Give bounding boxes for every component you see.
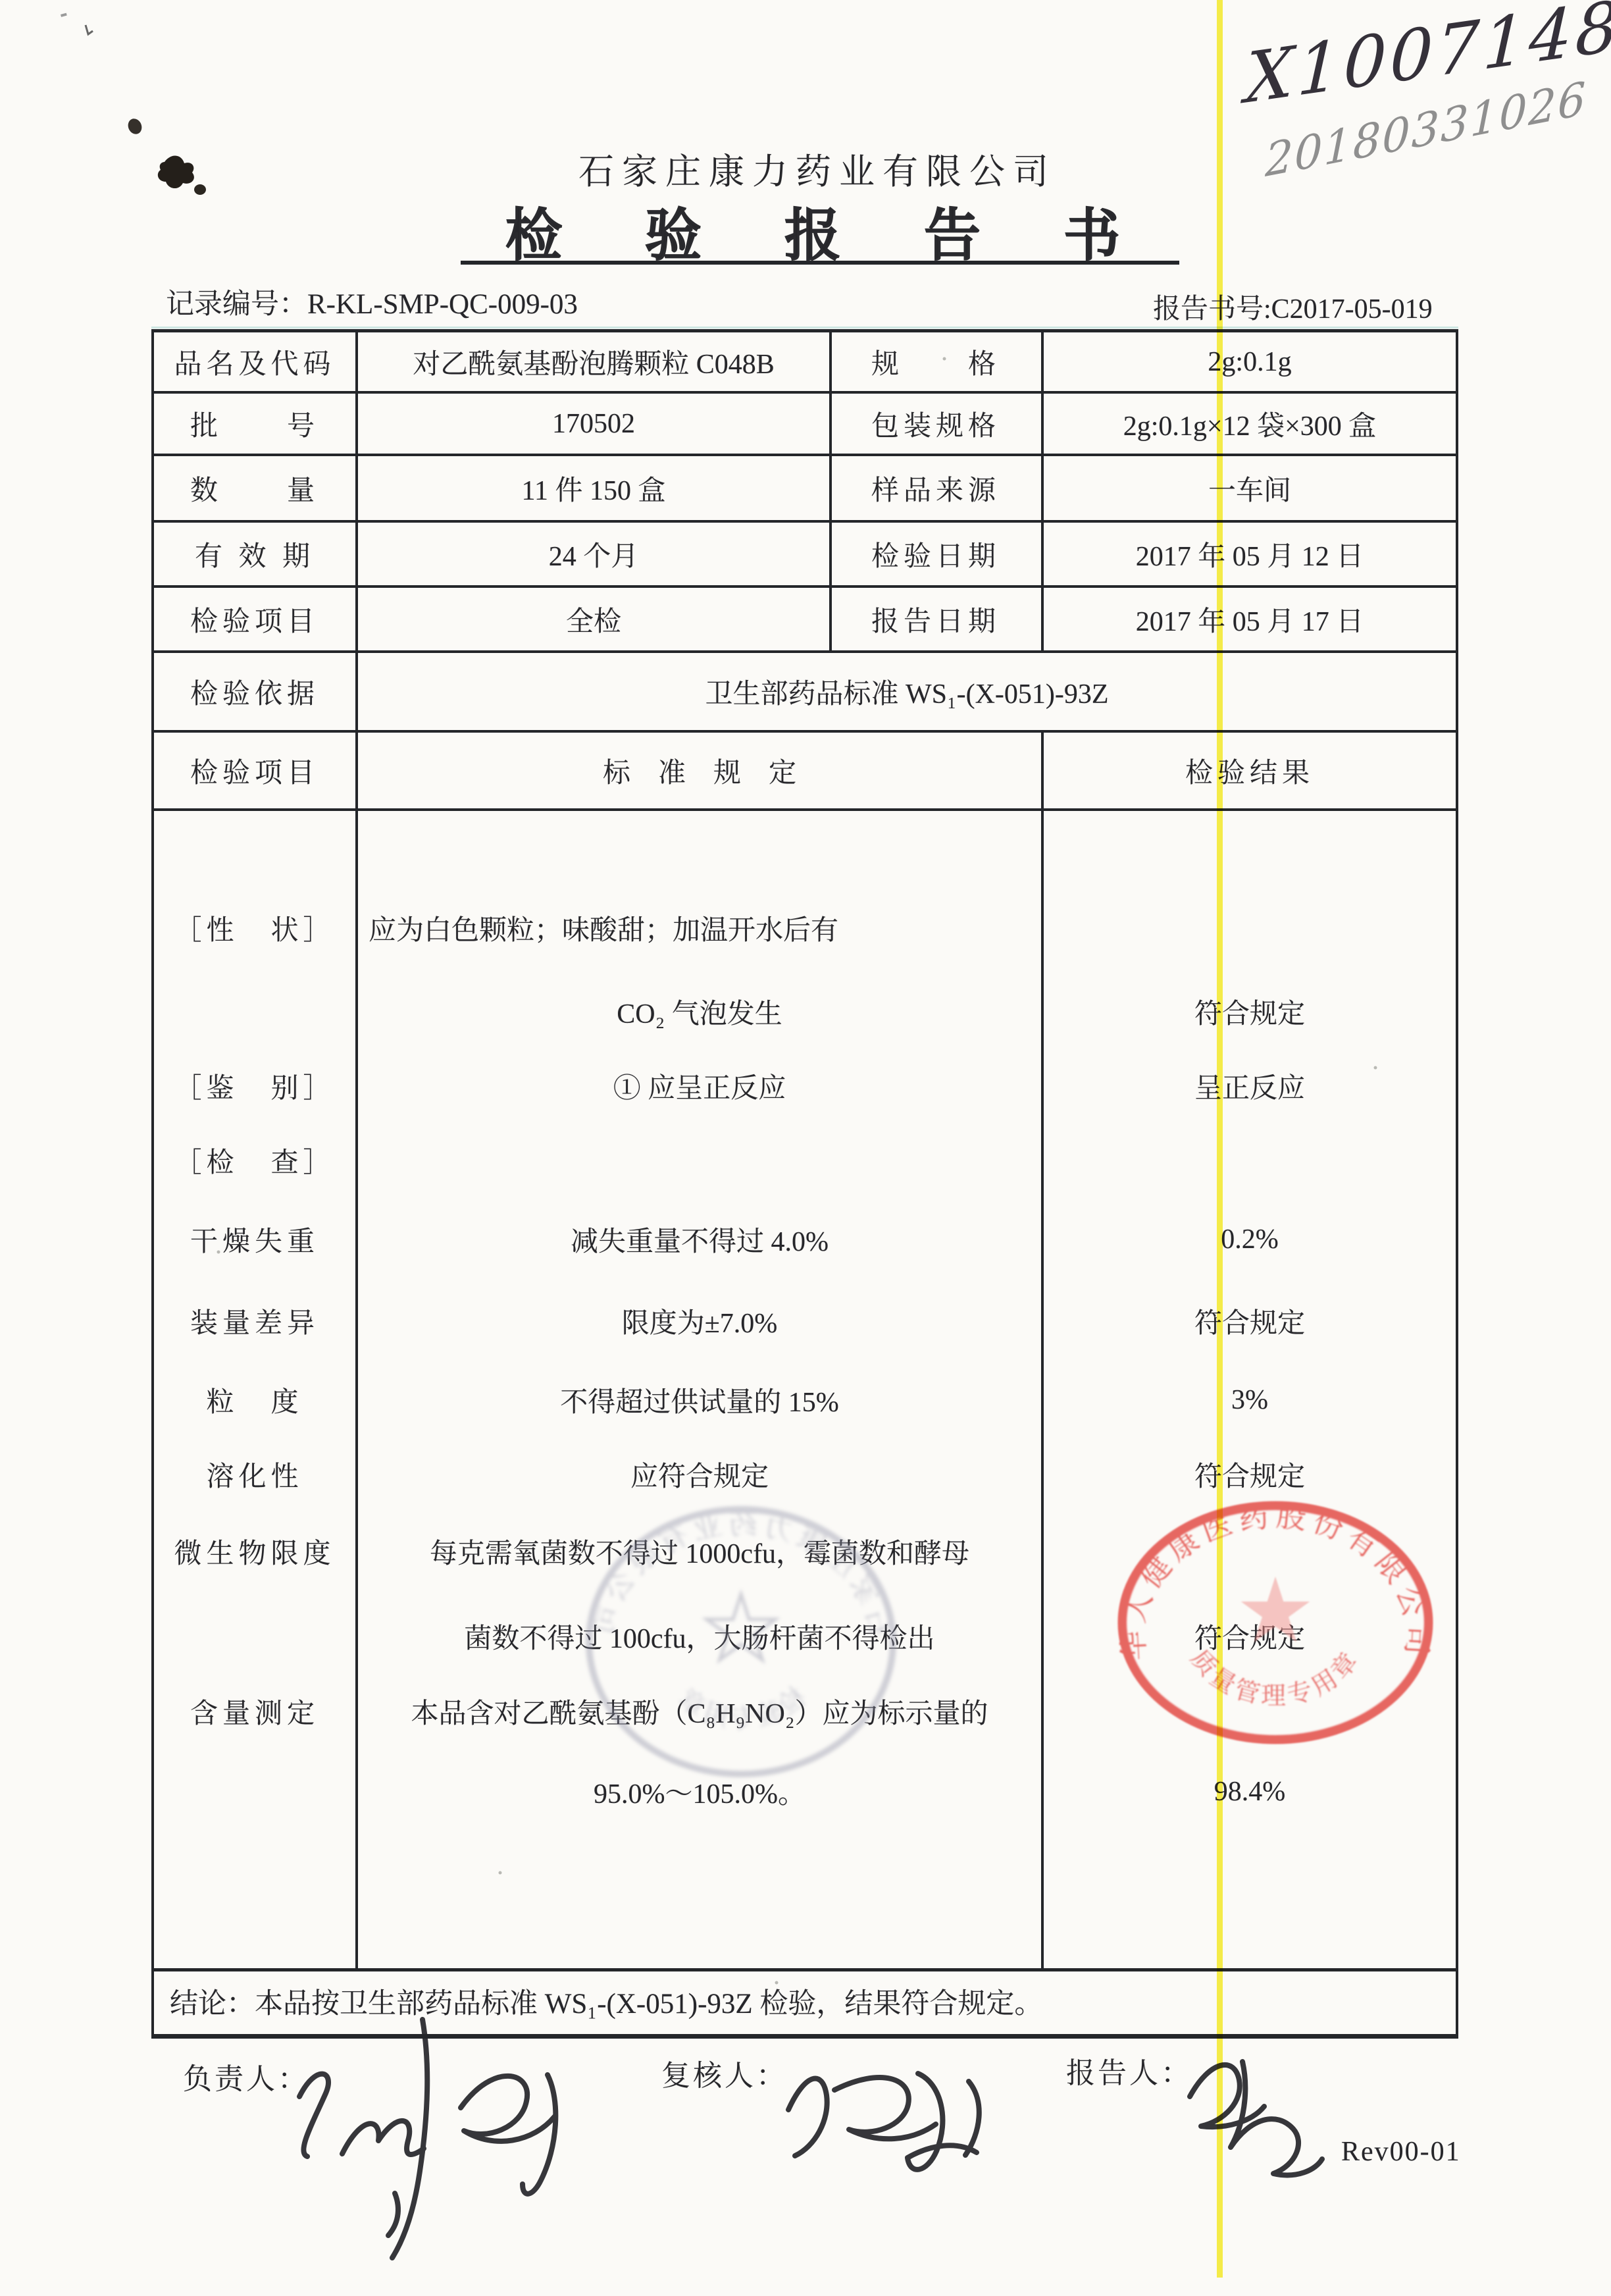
responsible-signature	[299, 2020, 555, 2258]
highlighter-line	[1217, 0, 1223, 2278]
inspection-report-scan: 石家庄康力药业有限公司 检验专用章 华人健康医药股份有限公司 质量管理专用章 X…	[0, 0, 1611, 2296]
reporter-signature	[1190, 2062, 1322, 2175]
reviewer-signature	[788, 2074, 979, 2170]
ink-layer	[0, 0, 1611, 2296]
ink-blobs	[61, 13, 1377, 1985]
